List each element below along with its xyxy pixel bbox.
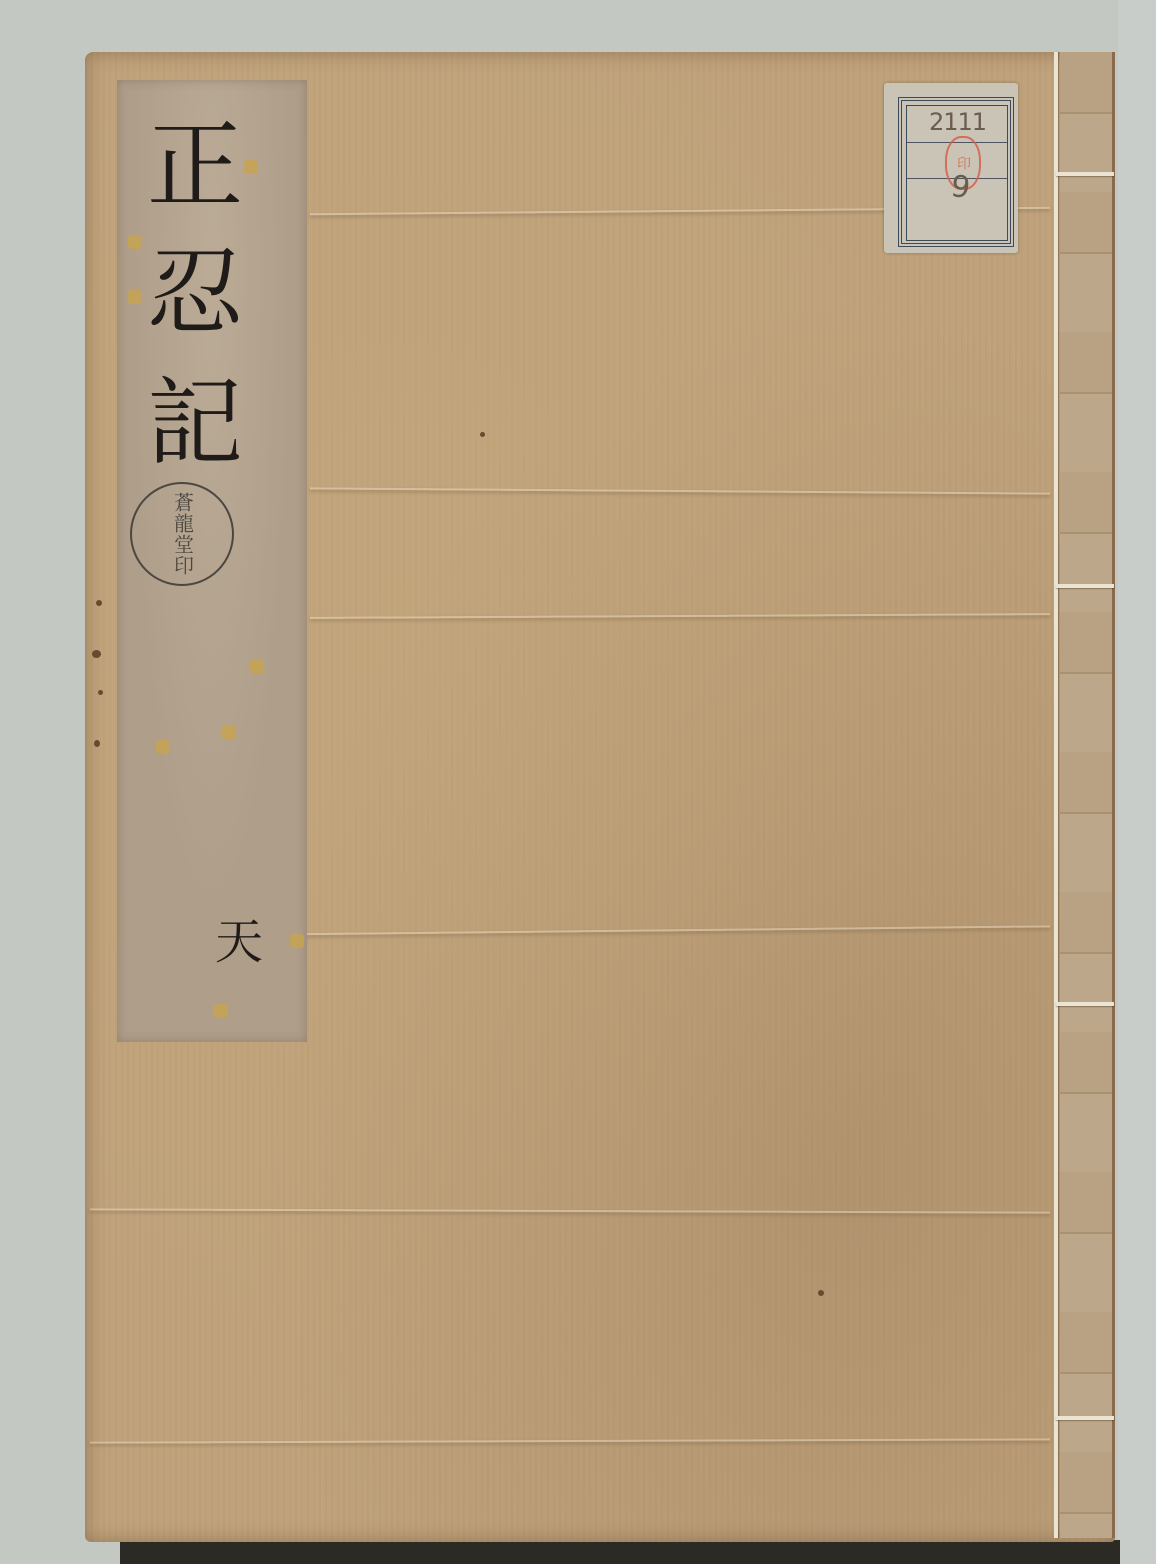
stain-spot xyxy=(92,650,101,658)
stain-spot xyxy=(98,690,103,695)
title-char-3: 記 xyxy=(135,375,255,471)
gold-fleck xyxy=(156,740,170,754)
label-ornamental-border: 2111 印 9 xyxy=(898,97,1014,247)
gold-fleck xyxy=(214,1004,228,1018)
label-inner-frame: 2111 印 9 xyxy=(906,105,1008,241)
book-shadow xyxy=(120,1540,1120,1564)
backdrop-right xyxy=(1118,0,1156,1564)
library-label: 2111 印 9 xyxy=(884,83,1018,253)
title-char-1: 正 xyxy=(135,118,255,214)
title-char-2: 忍 xyxy=(135,245,255,341)
binding-stitch xyxy=(1056,1416,1114,1420)
ownership-seal: 蒼龍堂印 xyxy=(130,482,234,586)
stain-spot xyxy=(480,432,485,437)
gold-fleck xyxy=(250,660,264,674)
book-spine xyxy=(1060,52,1115,1538)
gold-fleck xyxy=(290,934,304,948)
binding-stitch xyxy=(1056,172,1114,176)
binding-stitch xyxy=(1056,1002,1114,1006)
red-stamp-text: 印 xyxy=(953,156,973,170)
gold-fleck xyxy=(222,725,236,739)
binding-thread-vertical xyxy=(1054,52,1058,1538)
binding-stitch xyxy=(1056,584,1114,588)
label-sub-number: 9 xyxy=(949,169,973,206)
stain-spot xyxy=(96,600,102,606)
label-call-number: 2111 xyxy=(929,108,986,136)
volume-char: 天 xyxy=(215,918,263,966)
seal-text: 蒼龍堂印 xyxy=(172,492,193,576)
stain-spot xyxy=(94,740,100,747)
stain-spot xyxy=(818,1290,824,1296)
